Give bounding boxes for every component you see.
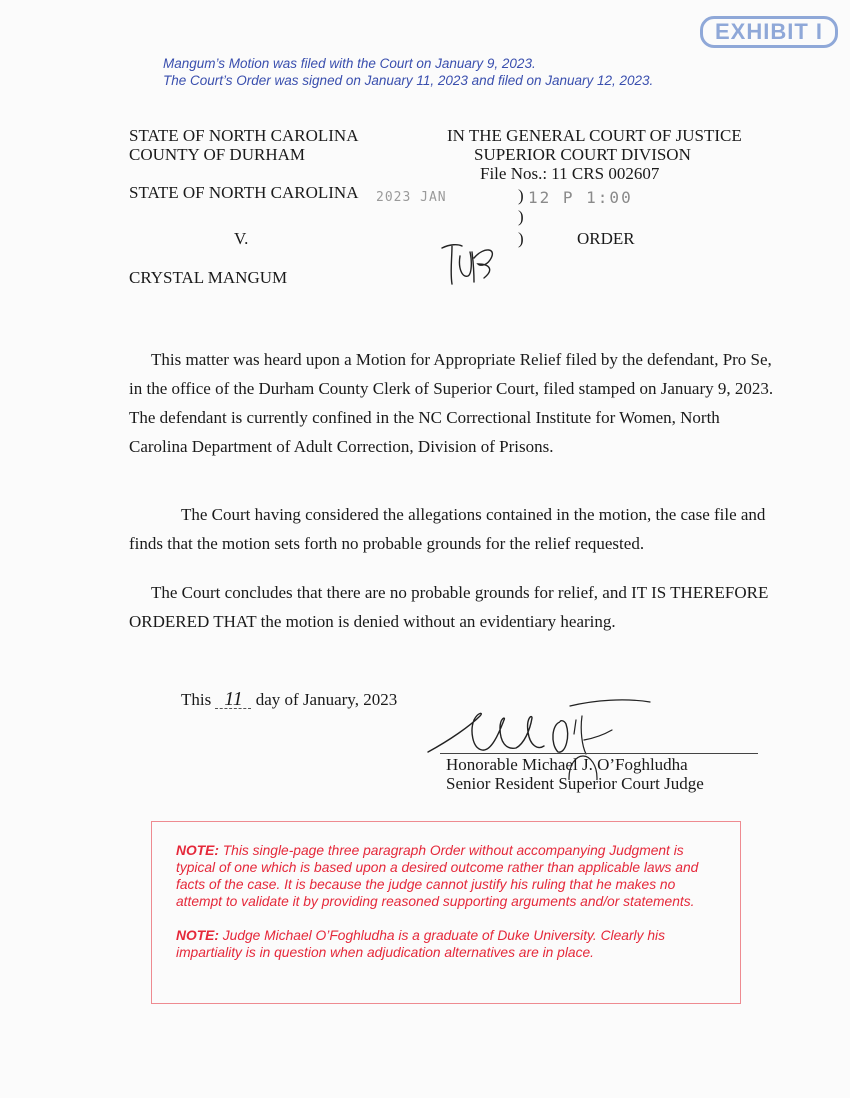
- dated-suffix: day of January, 2023: [256, 690, 397, 709]
- note-tag: NOTE:: [176, 843, 219, 858]
- note-1: NOTE: This single-page three paragraph O…: [176, 842, 716, 910]
- exhibit-badge: EXHIBIT I: [700, 16, 838, 48]
- file-number: File Nos.: 11 CRS 002607: [447, 164, 742, 183]
- note-2: NOTE: Judge Michael O’Foghludha is a gra…: [176, 927, 716, 961]
- dated-line: This 11 day of January, 2023: [181, 690, 397, 710]
- caption-paren: ): [518, 207, 524, 227]
- note-tag: NOTE:: [176, 928, 219, 943]
- party-versus: V.: [234, 229, 248, 249]
- caption-state: STATE OF NORTH CAROLINA: [129, 126, 358, 145]
- filing-annotation: Mangum’s Motion was filed with the Court…: [163, 55, 653, 89]
- judge-title: Senior Resident Superior Court Judge: [446, 774, 704, 793]
- party-defendant: CRYSTAL MANGUM: [129, 268, 287, 288]
- dated-prefix: This: [181, 690, 211, 709]
- party-plaintiff: STATE OF NORTH CAROLINA: [129, 183, 358, 203]
- signature-line: [440, 753, 758, 754]
- paragraph-court-considered: The Court having considered the allegati…: [129, 500, 779, 558]
- note-text: This single-page three paragraph Order w…: [176, 843, 698, 909]
- judge-block: Honorable Michael J. O’Foghludha Senior …: [446, 755, 704, 793]
- caption-jurisdiction: STATE OF NORTH CAROLINA COUNTY OF DURHAM: [129, 126, 358, 164]
- annotation-line-2: The Court’s Order was signed on January …: [163, 72, 653, 89]
- filing-stamp-date: 2023 JAN: [376, 190, 447, 205]
- dated-day: 11: [215, 690, 251, 709]
- note-text: Judge Michael O’Foghludha is a graduate …: [176, 928, 665, 960]
- paragraph-motion-heard: This matter was heard upon a Motion for …: [129, 345, 779, 461]
- filing-stamp-time: 12 P 1:00: [528, 188, 633, 207]
- commentary-note-box: NOTE: This single-page three paragraph O…: [151, 821, 741, 1004]
- document-title: ORDER: [577, 229, 635, 249]
- annotation-line-1: Mangum’s Motion was filed with the Court…: [163, 55, 653, 72]
- clerk-initials-icon: [440, 238, 500, 288]
- caption-court: IN THE GENERAL COURT OF JUSTICE SUPERIOR…: [447, 126, 742, 183]
- judge-name: Honorable Michael J. O’Foghludha: [446, 755, 704, 774]
- caption-paren: ): [518, 186, 524, 206]
- court-division: SUPERIOR COURT DIVISON: [447, 145, 742, 164]
- court-name: IN THE GENERAL COURT OF JUSTICE: [447, 126, 742, 145]
- caption-county: COUNTY OF DURHAM: [129, 145, 358, 164]
- caption-paren: ): [518, 229, 524, 249]
- paragraph-order: The Court concludes that there are no pr…: [129, 578, 779, 636]
